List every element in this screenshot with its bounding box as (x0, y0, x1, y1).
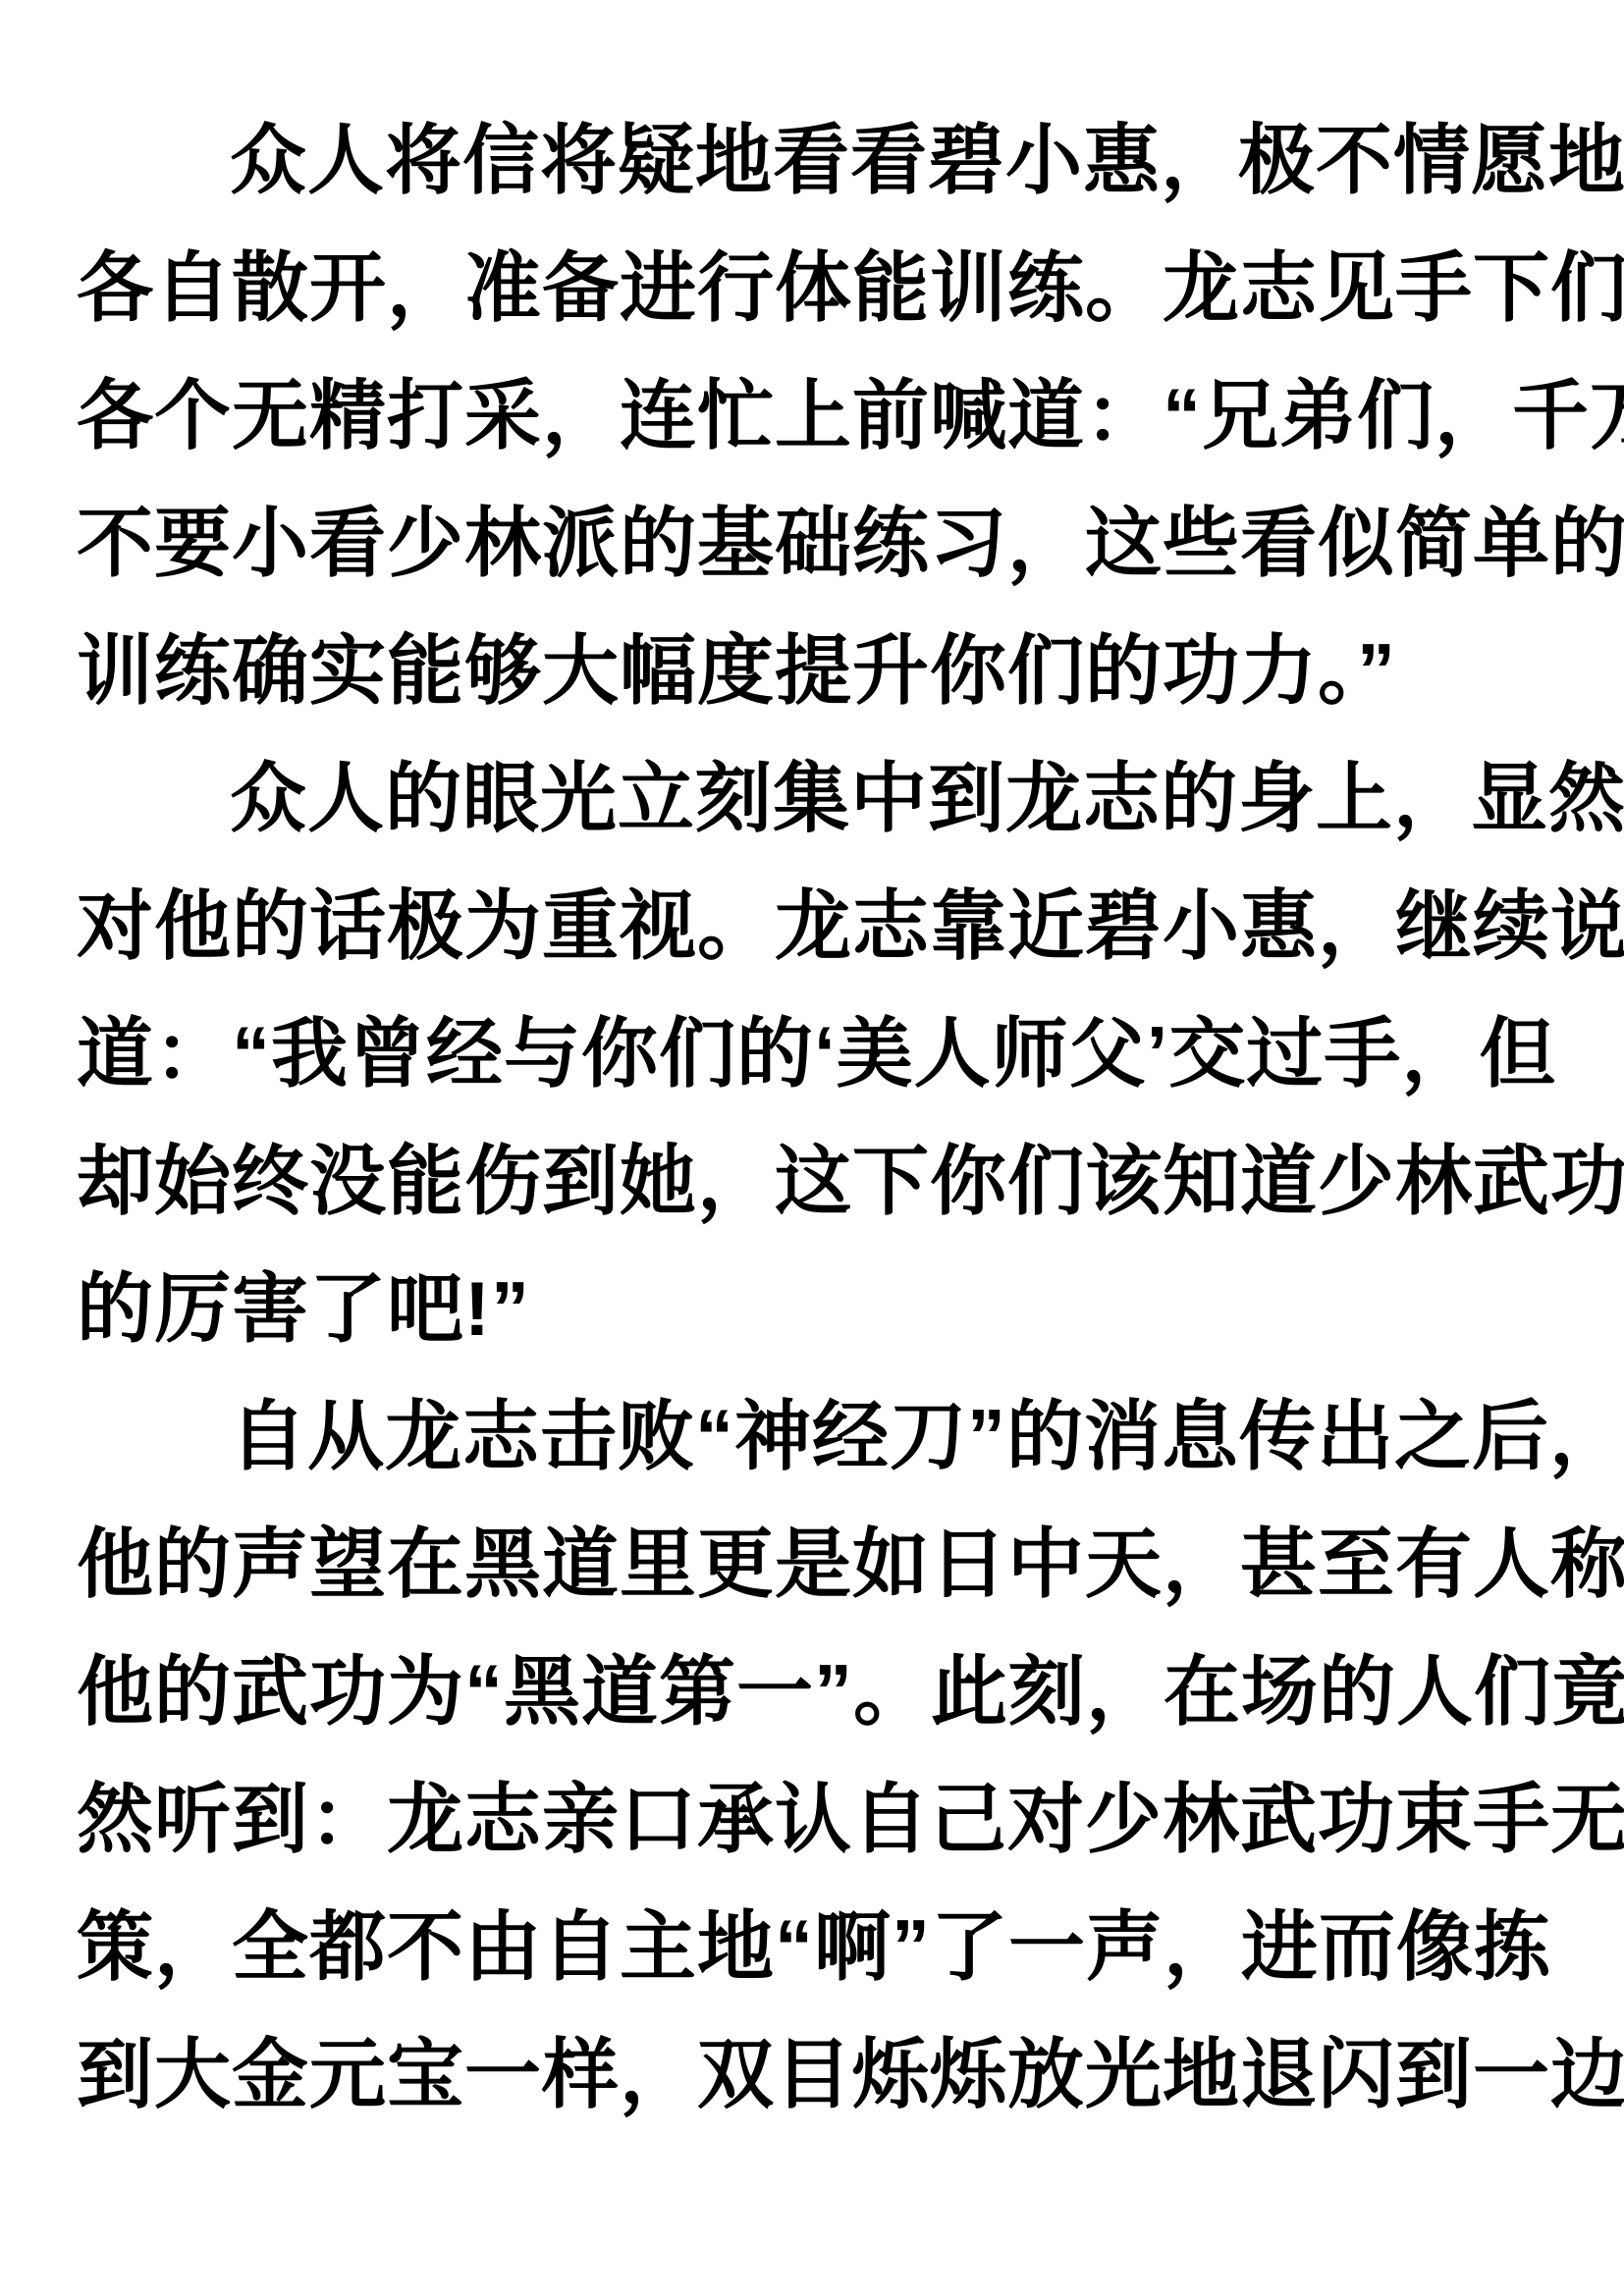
text-line: 不要小看少林派的基础练习，这些看似简单的 (77, 479, 1565, 607)
text-line: 的厉害了吧!” (77, 1245, 1565, 1372)
text-line: 他的武功为“黑道第一”。此刻，在场的人们竟 (77, 1628, 1565, 1755)
text-line: 众人的眼光立刻集中到龙志的身上，显然 (77, 734, 1565, 862)
paragraph-1: 众人将信将疑地看看碧小惠，极不情愿地 各自散开，准备进行体能训练。龙志见手下们 … (77, 96, 1565, 734)
text-line: 却始终没能伤到她，这下你们该知道少林武功 (77, 1117, 1565, 1245)
text-line: 他的声望在黑道里更是如日中天，甚至有人称 (77, 1500, 1565, 1628)
text-line: 道：“我曾经与你们的‘美人师父’交过手，但 (77, 989, 1565, 1117)
book-page: 众人将信将疑地看看碧小惠，极不情愿地 各自散开，准备进行体能训练。龙志见手下们 … (0, 0, 1624, 2296)
text-line: 训练确实能够大幅度提升你们的功力。” (77, 607, 1565, 734)
text-line: 策，全都不由自主地“啊”了一声，进而像拣 (77, 1883, 1565, 2010)
text-line: 自从龙志击败“神经刀”的消息传出之后， (77, 1372, 1565, 1500)
text-line: 到大金元宝一样，双目烁烁放光地退闪到一边， (77, 2010, 1565, 2138)
text-line: 对他的话极为重视。龙志靠近碧小惠，继续说 (77, 862, 1565, 989)
text-line: 然听到：龙志亲口承认自己对少林武功束手无 (77, 1755, 1565, 1883)
text-line: 众人将信将疑地看看碧小惠，极不情愿地 (77, 96, 1565, 224)
paragraph-2: 众人的眼光立刻集中到龙志的身上，显然 对他的话极为重视。龙志靠近碧小惠，继续说 … (77, 734, 1565, 1372)
text-line: 各自散开，准备进行体能训练。龙志见手下们 (77, 224, 1565, 351)
text-line: 各个无精打采，连忙上前喊道：“兄弟们，千万 (77, 351, 1565, 479)
paragraph-3: 自从龙志击败“神经刀”的消息传出之后， 他的声望在黑道里更是如日中天，甚至有人称… (77, 1372, 1565, 2138)
